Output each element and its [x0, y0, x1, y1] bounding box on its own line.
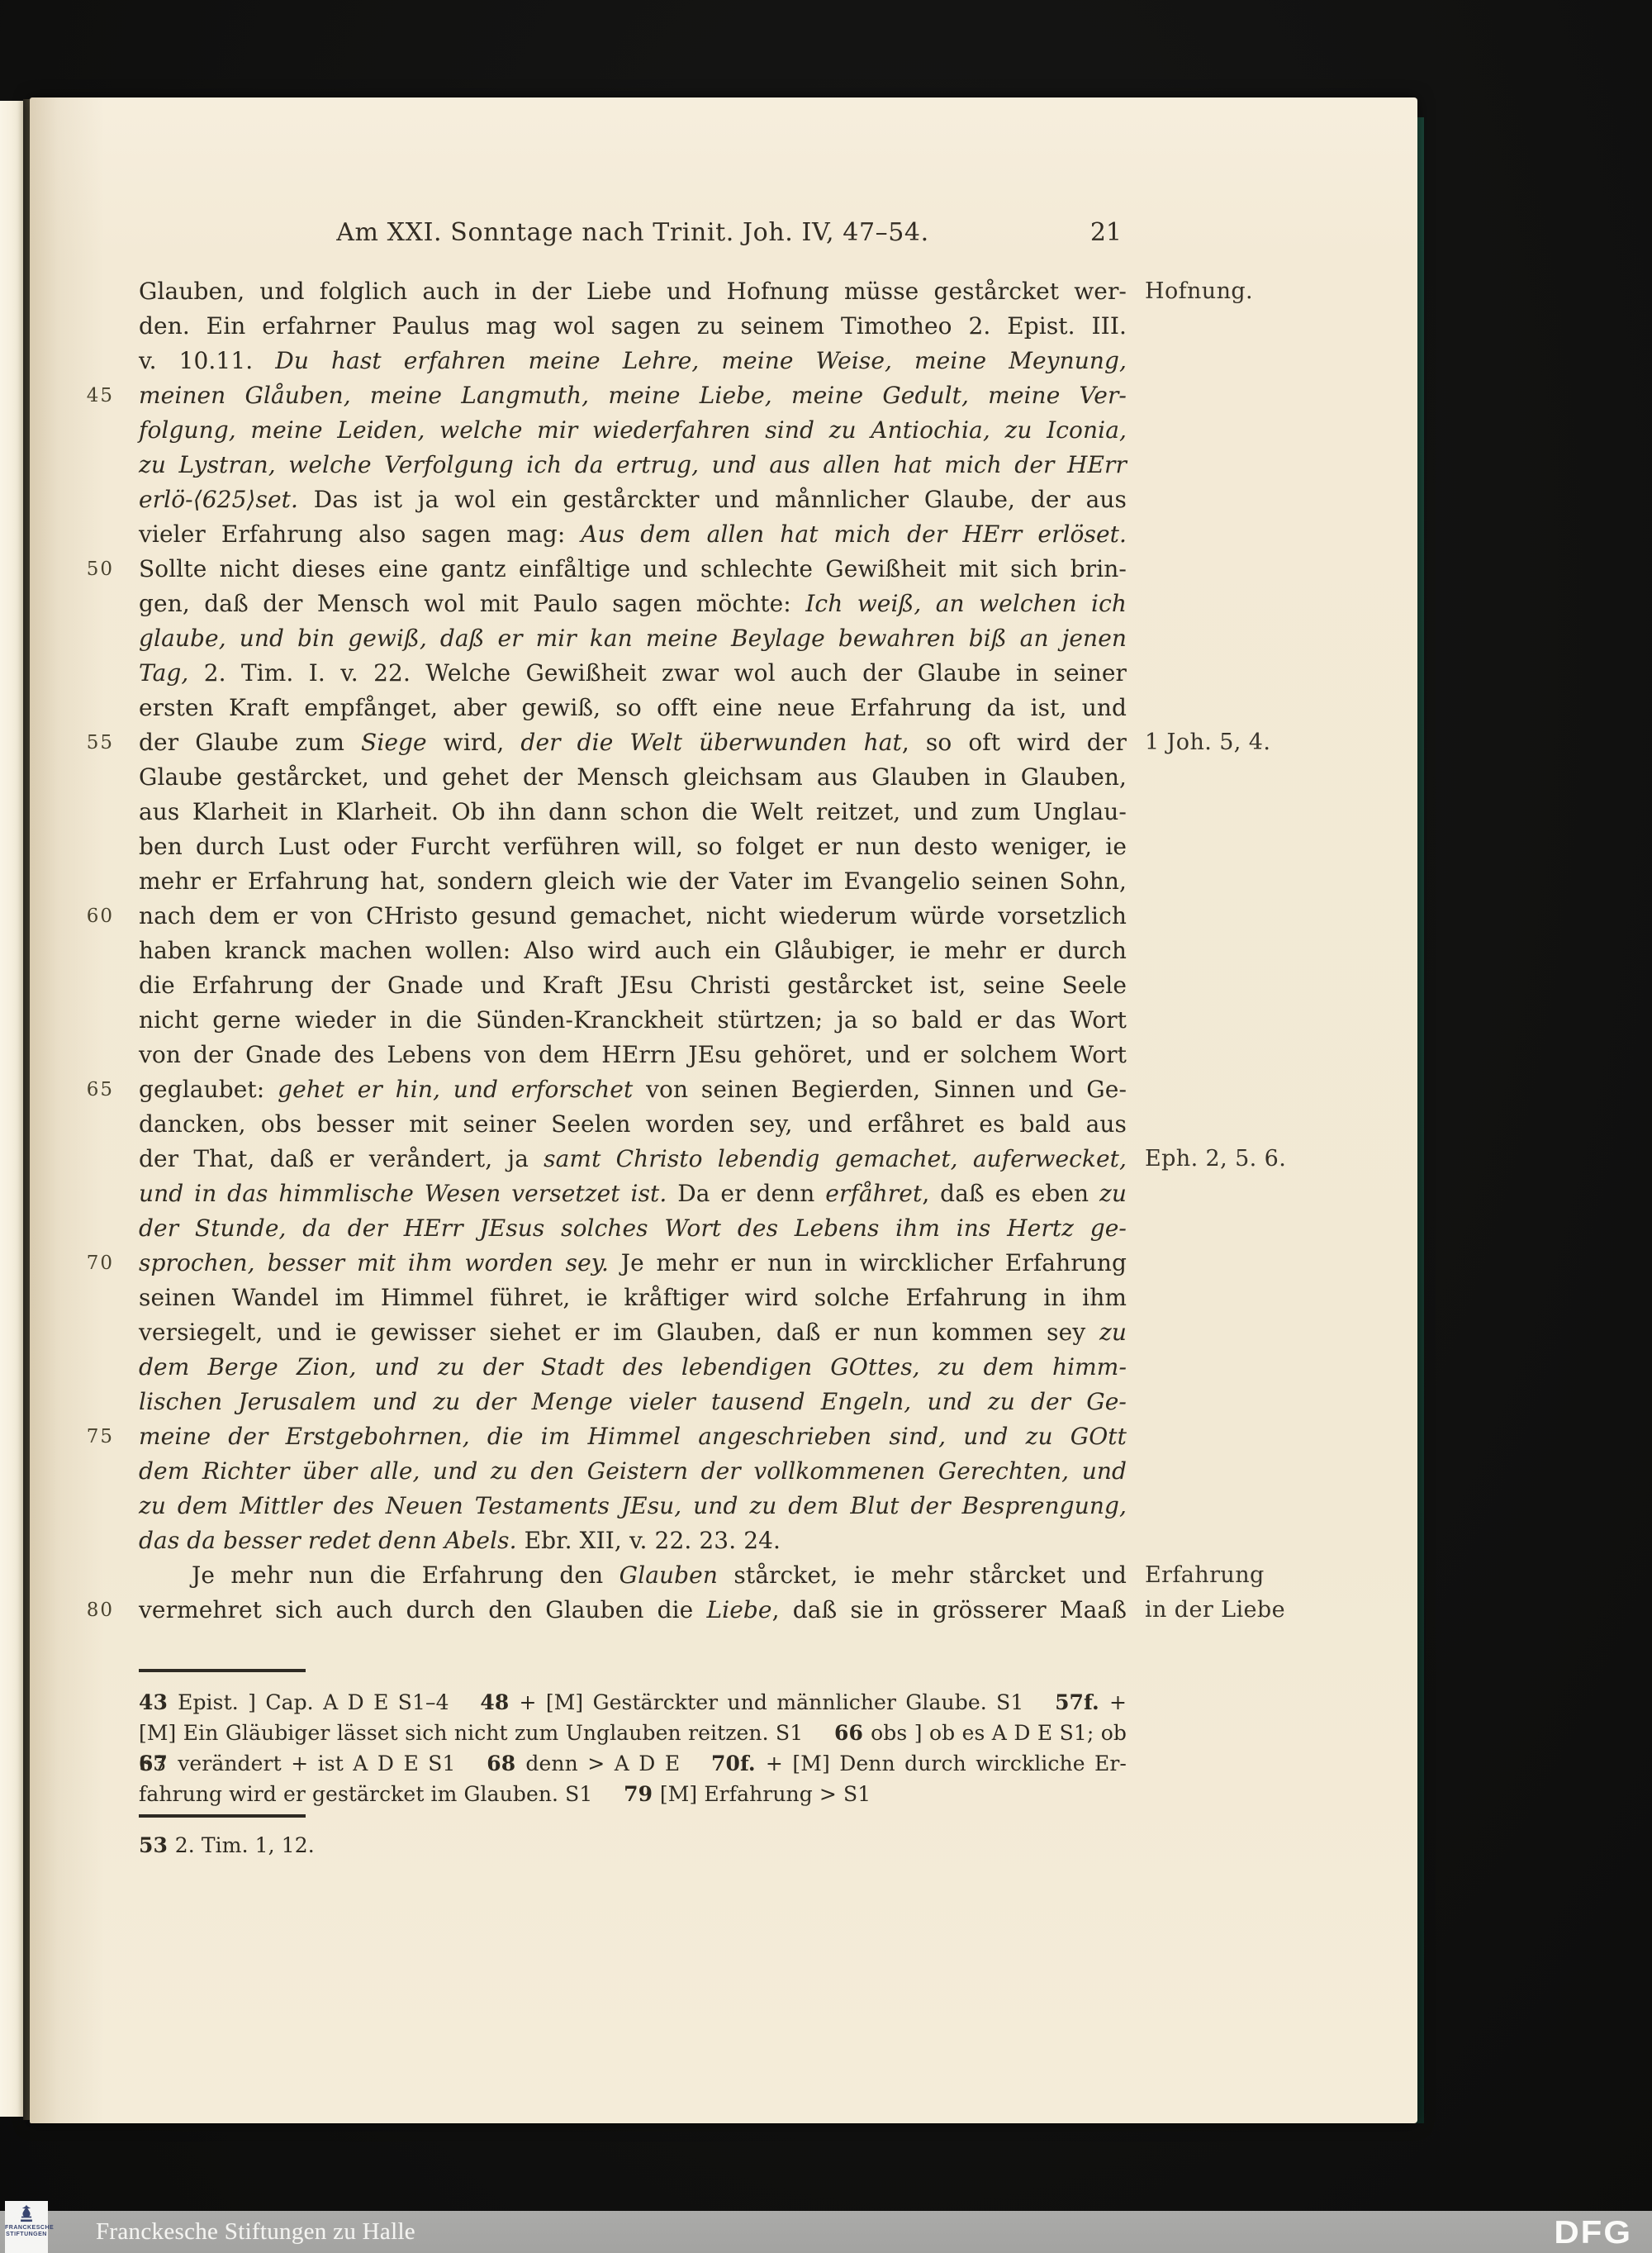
apparatus-line: [M] Ein Gläubiger lässet sich nicht zum …	[139, 1718, 1127, 1748]
text-line: zu Lystran, welche Verfolgung ich da ert…	[139, 448, 1127, 482]
scanner-footer-bar: FRANCKESCHE STIFTUNGEN Franckesche Stift…	[0, 2211, 1652, 2253]
logo-caption-line1: FRANCKESCHE	[5, 2225, 48, 2232]
line-number: 80	[87, 1597, 114, 1623]
line-text: Sollte nicht dieses eine gantz einfåltig…	[139, 552, 1127, 587]
text-line: 45meinen Glåuben, meine Langmuth, meine …	[139, 378, 1127, 413]
line-text: nicht gerne wieder in die Sünden-Kranckh…	[139, 1003, 1127, 1038]
text-line: 50Sollte nicht dieses eine gantz einfålt…	[139, 552, 1127, 587]
line-text: gen, daß der Mensch wol mit Paulo sagen …	[139, 587, 1127, 621]
margin-note: Eph. 2, 5. 6.	[1145, 1142, 1286, 1176]
apparatus-line: 67 verändert + ist A D E S1 68 denn > A …	[139, 1748, 1127, 1779]
underlying-page-edge	[0, 101, 25, 2117]
line-text: die Erfahrung der Gnade und Kraft JEsu C…	[139, 968, 1127, 1003]
line-text: Je mehr nun die Erfahrung den Glauben st…	[139, 1558, 1127, 1593]
apparatus-divider-rule	[139, 1669, 306, 1672]
line-number: 50	[87, 556, 114, 582]
body-text-block: Glauben, und folglich auch in der Liebe …	[139, 274, 1127, 1628]
line-text: meine der Erstgebohrnen, die im Himmel a…	[139, 1419, 1127, 1454]
text-line: v. 10.11. Du hast erfahren meine Lehre, …	[139, 344, 1127, 378]
line-text: Tag, 2. Tim. I. v. 22. Welche Gewißheit …	[139, 656, 1127, 691]
line-text: den. Ein erfahrner Paulus mag wol sagen …	[139, 309, 1127, 344]
reference-line: 53 2. Tim. 1, 12.	[139, 1831, 1127, 1861]
eagle-emblem-icon	[16, 2203, 37, 2225]
text-line: haben kranck machen wollen: Also wird au…	[139, 934, 1127, 968]
line-text: 43 Epist. ] Cap. A D E S1–4 48 + [M] Ges…	[139, 1687, 1127, 1718]
margin-note: Hofnung.	[1145, 274, 1253, 309]
line-text: der Stunde, da der HErr JEsus solches Wo…	[139, 1211, 1127, 1246]
line-text: der Glaube zum Siege wird, der die Welt …	[139, 725, 1127, 760]
line-text: fahrung wird er gestärcket im Glauben. S…	[139, 1779, 1127, 1809]
text-line: der That, daß er veråndert, ja samt Chri…	[139, 1142, 1127, 1176]
line-text: vieler Erfahrung also sagen mag: Aus dem…	[139, 517, 1127, 552]
line-text: ersten Kraft empfånget, aber gewiß, so o…	[139, 691, 1127, 725]
line-number: 55	[87, 730, 114, 756]
page-header: Am XXI. Sonntage nach Trinit. Joh. IV, 4…	[139, 218, 1127, 251]
line-text: meinen Glåuben, meine Langmuth, meine Li…	[139, 378, 1127, 413]
text-line: versiegelt, und ie gewisser siehet er im…	[139, 1315, 1127, 1350]
margin-note: Erfahrung	[1145, 1558, 1265, 1593]
line-text: v. 10.11. Du hast erfahren meine Lehre, …	[139, 344, 1127, 378]
text-line: glaube, und bin gewiß, daß er mir kan me…	[139, 621, 1127, 656]
running-title: Am XXI. Sonntage nach Trinit. Joh. IV, 4…	[139, 218, 1127, 247]
line-text: der That, daß er veråndert, ja samt Chri…	[139, 1142, 1127, 1176]
apparatus-line: fahrung wird er gestärcket im Glauben. S…	[139, 1779, 1127, 1809]
logo-caption-line2: STIFTUNGEN	[5, 2232, 48, 2238]
line-text: folgung, meine Leiden, welche mir wieder…	[139, 413, 1127, 448]
text-line: Je mehr nun die Erfahrung den Glauben st…	[139, 1558, 1127, 1593]
text-line: aus Klarheit in Klarheit. Ob ihn dann sc…	[139, 795, 1127, 829]
line-text: glaube, und bin gewiß, daß er mir kan me…	[139, 621, 1127, 656]
line-text: sprochen, besser mit ihm worden sey. Je …	[139, 1246, 1127, 1281]
dfg-logo: DFG	[1554, 2214, 1632, 2251]
line-text: geglaubet: gehet er hin, und erforschet …	[139, 1072, 1127, 1107]
line-text: seinen Wandel im Himmel führet, ie kråft…	[139, 1281, 1127, 1315]
text-line: erlö-⟨625⟩set. Das ist ja wol ein gestår…	[139, 482, 1127, 517]
line-text: dem Richter über alle, und zu den Geiste…	[139, 1454, 1127, 1489]
text-line: den. Ein erfahrner Paulus mag wol sagen …	[139, 309, 1127, 344]
critical-apparatus: 43 Epist. ] Cap. A D E S1–4 48 + [M] Ges…	[139, 1687, 1127, 1809]
text-line: 60nach dem er von CHristo gesund gemache…	[139, 899, 1127, 934]
text-line: von der Gnade des Lebens von dem HErrn J…	[139, 1038, 1127, 1072]
text-line: mehr er Erfahrung hat, sondern gleich wi…	[139, 864, 1127, 899]
text-line: 70sprochen, besser mit ihm worden sey. J…	[139, 1246, 1127, 1281]
line-number: 75	[87, 1424, 114, 1450]
library-name: Franckesche Stiftungen zu Halle	[96, 2218, 415, 2246]
text-line: gen, daß der Mensch wol mit Paulo sagen …	[139, 587, 1127, 621]
line-text: 67 verändert + ist A D E S1 68 denn > A …	[139, 1748, 1127, 1779]
text-line: Glaube gestårcket, und gehet der Mensch …	[139, 760, 1127, 795]
apparatus-line: 43 Epist. ] Cap. A D E S1–4 48 + [M] Ges…	[139, 1687, 1127, 1718]
line-number: 70	[87, 1250, 114, 1276]
line-text: ben durch Lust oder Furcht verführen wil…	[139, 829, 1127, 864]
line-text: aus Klarheit in Klarheit. Ob ihn dann sc…	[139, 795, 1127, 829]
line-text: zu Lystran, welche Verfolgung ich da ert…	[139, 448, 1127, 482]
line-text: lischen Jerusalem und zu der Menge viele…	[139, 1385, 1127, 1419]
reference-divider-rule	[139, 1814, 306, 1818]
text-line: ben durch Lust oder Furcht verführen wil…	[139, 829, 1127, 864]
line-text: von der Gnade des Lebens von dem HErrn J…	[139, 1038, 1127, 1072]
line-number: 60	[87, 903, 114, 929]
line-text: das da besser redet denn Abels. Ebr. XII…	[139, 1523, 1127, 1558]
book-page: Am XXI. Sonntage nach Trinit. Joh. IV, 4…	[30, 97, 1417, 2123]
margin-note: 1 Joh. 5, 4.	[1145, 725, 1270, 760]
line-text: zu dem Mittler des Neuen Testaments JEsu…	[139, 1489, 1127, 1523]
text-line: folgung, meine Leiden, welche mir wieder…	[139, 413, 1127, 448]
line-text: Glauben, und folglich auch in der Liebe …	[139, 274, 1127, 309]
franckesche-stiftungen-logo: FRANCKESCHE STIFTUNGEN	[5, 2201, 48, 2253]
line-text: erlö-⟨625⟩set. Das ist ja wol ein gestår…	[139, 482, 1127, 517]
text-line: seinen Wandel im Himmel führet, ie kråft…	[139, 1281, 1127, 1315]
line-text: dancken, obs besser mit seiner Seelen wo…	[139, 1107, 1127, 1142]
line-text: mehr er Erfahrung hat, sondern gleich wi…	[139, 864, 1127, 899]
line-text: Glaube gestårcket, und gehet der Mensch …	[139, 760, 1127, 795]
line-text: vermehret sich auch durch den Glauben di…	[139, 1593, 1127, 1628]
line-text: versiegelt, und ie gewisser siehet er im…	[139, 1315, 1127, 1350]
margin-note: in der Liebe	[1145, 1593, 1285, 1628]
text-line: die Erfahrung der Gnade und Kraft JEsu C…	[139, 968, 1127, 1003]
text-line: Glauben, und folglich auch in der Liebe …	[139, 274, 1127, 309]
line-text: haben kranck machen wollen: Also wird au…	[139, 934, 1127, 968]
text-line: 55der Glaube zum Siege wird, der die Wel…	[139, 725, 1127, 760]
text-line: lischen Jerusalem und zu der Menge viele…	[139, 1385, 1127, 1419]
line-number: 65	[87, 1077, 114, 1103]
text-line: nicht gerne wieder in die Sünden-Kranckh…	[139, 1003, 1127, 1038]
line-text: 53 2. Tim. 1, 12.	[139, 1831, 1127, 1861]
text-line: 65geglaubet: gehet er hin, und erforsche…	[139, 1072, 1127, 1107]
text-line: dem Richter über alle, und zu den Geiste…	[139, 1454, 1127, 1489]
text-line: Tag, 2. Tim. I. v. 22. Welche Gewißheit …	[139, 656, 1127, 691]
page-number: 21	[1090, 218, 1122, 247]
line-number: 45	[87, 383, 114, 409]
line-text: nach dem er von CHristo gesund gemachet,…	[139, 899, 1127, 934]
text-line: zu dem Mittler des Neuen Testaments JEsu…	[139, 1489, 1127, 1523]
scripture-reference-note: 53 2. Tim. 1, 12.	[139, 1831, 1127, 1861]
text-line: 80vermehret sich auch durch den Glauben …	[139, 1593, 1127, 1628]
line-text: dem Berge Zion, und zu der Stadt des leb…	[139, 1350, 1127, 1385]
text-line: vieler Erfahrung also sagen mag: Aus dem…	[139, 517, 1127, 552]
text-line: und in das himmlische Wesen versetzet is…	[139, 1176, 1127, 1211]
line-text: und in das himmlische Wesen versetzet is…	[139, 1176, 1127, 1211]
text-line: der Stunde, da der HErr JEsus solches Wo…	[139, 1211, 1127, 1246]
text-line: 75meine der Erstgebohrnen, die im Himmel…	[139, 1419, 1127, 1454]
text-line: dem Berge Zion, und zu der Stadt des leb…	[139, 1350, 1127, 1385]
text-line: dancken, obs besser mit seiner Seelen wo…	[139, 1107, 1127, 1142]
text-line: das da besser redet denn Abels. Ebr. XII…	[139, 1523, 1127, 1558]
text-line: ersten Kraft empfånget, aber gewiß, so o…	[139, 691, 1127, 725]
